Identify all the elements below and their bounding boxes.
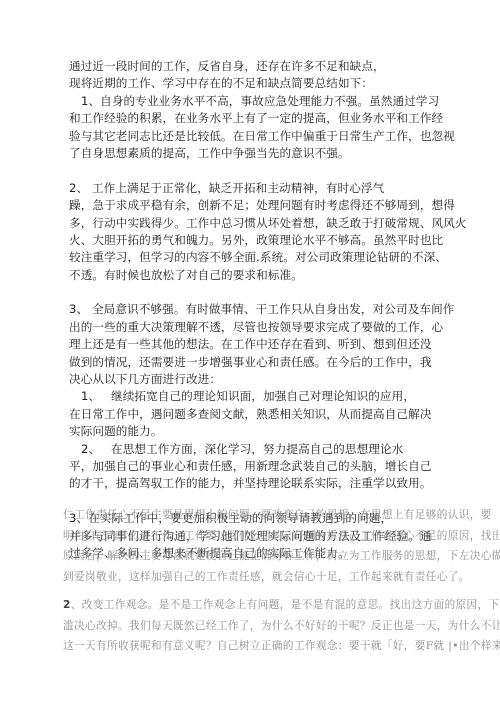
improve2-number: 2、 [81, 441, 111, 458]
improve1-line: 在日常工作中，遇问题多查阅文献，熟悉相关知识，从而提高自己解决 [69, 406, 489, 423]
point3-line: 做到的情况，还需要进一步增强事业心和责任感。在今后的工作中，我 [69, 354, 489, 371]
paragraph-gap [69, 284, 489, 301]
para1-line: 到爱岗敬业，这样加强自己的工作责任感，就会信心十足，工作起来就有责任心了。 [63, 567, 493, 588]
point2-line: 多，行动中实践得少。工作中总习惯从坏处着想，缺乏敢于打破常规、风风火 [69, 215, 489, 232]
para2-line: 滥决心改掉。我们每天既然已经工作了，为什么不好好的干呢？反正也是一天，为什么不让 [63, 616, 493, 637]
para2-first-line: 2、改变工作观念。是不是工作观念上有问题，是不是有混的意思。找出这方面的原因，下 [63, 595, 493, 616]
point1-line: 了自身思想素质的提高，工作中争强当先的意识不强。 [69, 145, 489, 162]
point2-line: 较注重学习，但学习的内容不够全面.系统。对公司政策理论钻研的不深、 [69, 249, 489, 266]
responsibility-section: 仁工作责任心不足主要是思想上的问题。要改变自己的思想，在思想上有足够的认识，要 … [63, 505, 493, 657]
para2-number: 2 [63, 599, 71, 611]
self-review-section: 通过近一段时间的工作，反省自身，还存在许多不足和缺点， 现将近期的工作、学习中存… [69, 58, 489, 562]
point2-line: 不透。有时候也放松了对自己的要求和标准。 [69, 267, 489, 284]
point3-line: 决心从以下几方面进行改进： [69, 371, 489, 388]
point2-line: 2、 工作上满足于正常化，缺乏开拓和主动精神，有时心浮气 [69, 180, 489, 197]
point1-line: 1、自身的专业业务水平不高，事故应急处理能力不强。虽然通过学习 [69, 93, 489, 110]
para1-line: 原因后，解决的主要办法就是使自己能正确对待工作，树立为工作服务的思想，下左决心做 [63, 546, 493, 567]
paragraph-gap [69, 162, 489, 179]
point3-line: 3、 全局意识不够强。有时做事情、干工作只从自身出发，对公司及车间作 [69, 301, 489, 318]
improve1-first-line: 1、继续拓宽自己的理论知识面，加强自己对理论知识的应用， [69, 388, 489, 405]
point1-line: 验与其它老同志比还是比较低。在日常工作中偏重于日常生产工作，也忽视 [69, 128, 489, 145]
improve1-text: 继续拓宽自己的理论知识面，加强自己对理论知识的应用， [111, 389, 415, 403]
para1-line: 明白自己为什么要工作，工作要达到什么目的，仔细分析自己工作责任心不足的原因，找出 [63, 526, 493, 547]
improve1-line: 实际问题的能力。 [69, 423, 489, 440]
document-page: 通过近一段时间的工作，反省自身，还存在许多不足和缺点， 现将近期的工作、学习中存… [0, 0, 500, 707]
improve1-number: 1、 [81, 388, 111, 405]
improve2-first-line: 2、在思想工作方面，深化学习，努力提高自己的思想理论水 [69, 441, 489, 458]
para2-line: 这一天有所收获呢和有意义呢？自己树立正确的工作观念：要干就「好，要F就 |•出个… [63, 636, 493, 657]
point3-line: 出的一些的重大决策理解不透，尽管也按领导要求完成了要做的工作，心 [69, 319, 489, 336]
improve2-text: 在思想工作方面，深化学习，努力提高自己的思想理论水 [111, 442, 403, 456]
paragraph-gap [63, 587, 493, 595]
intro-line: 通过近一段时间的工作，反省自身，还存在许多不足和缺点， [69, 58, 489, 75]
improve2-line: 的才干，提高驾驭工作的能力，并坚持理论联系实际，注重学以致用。 [69, 475, 489, 492]
point2-line: 火、大胆开拓的勇气和魄力。另外，政策理论水平不够高。虽然平时也比 [69, 232, 489, 249]
para2-text: 、改变工作观念。是不是工作观念上有问题，是不是有混的意思。找出这方面的原因，下 [71, 599, 500, 611]
point3-line: 理上还是有一些其他的想法。在工作中还存在看到、听到、想到但还没 [69, 336, 489, 353]
intro-line: 现将近期的工作、学习中存在的不足和缺点简要总结如下： [69, 75, 489, 92]
point2-line: 躁，急于求成平稳有余，创新不足；处理问题有时考虑得还不够周到，想得 [69, 197, 489, 214]
improve2-line: 平，加强自己的事业心和责任感，用新理念武装自己的头脑，增长自己 [69, 458, 489, 475]
point1-line: 和工作经验的积累，在业务水平上有了一定的提高，但业务水平和工作经 [69, 110, 489, 127]
para1-line: 仁工作责任心不足主要是思想上的问题。要改变自己的思想，在思想上有足够的认识，要 [63, 505, 493, 526]
